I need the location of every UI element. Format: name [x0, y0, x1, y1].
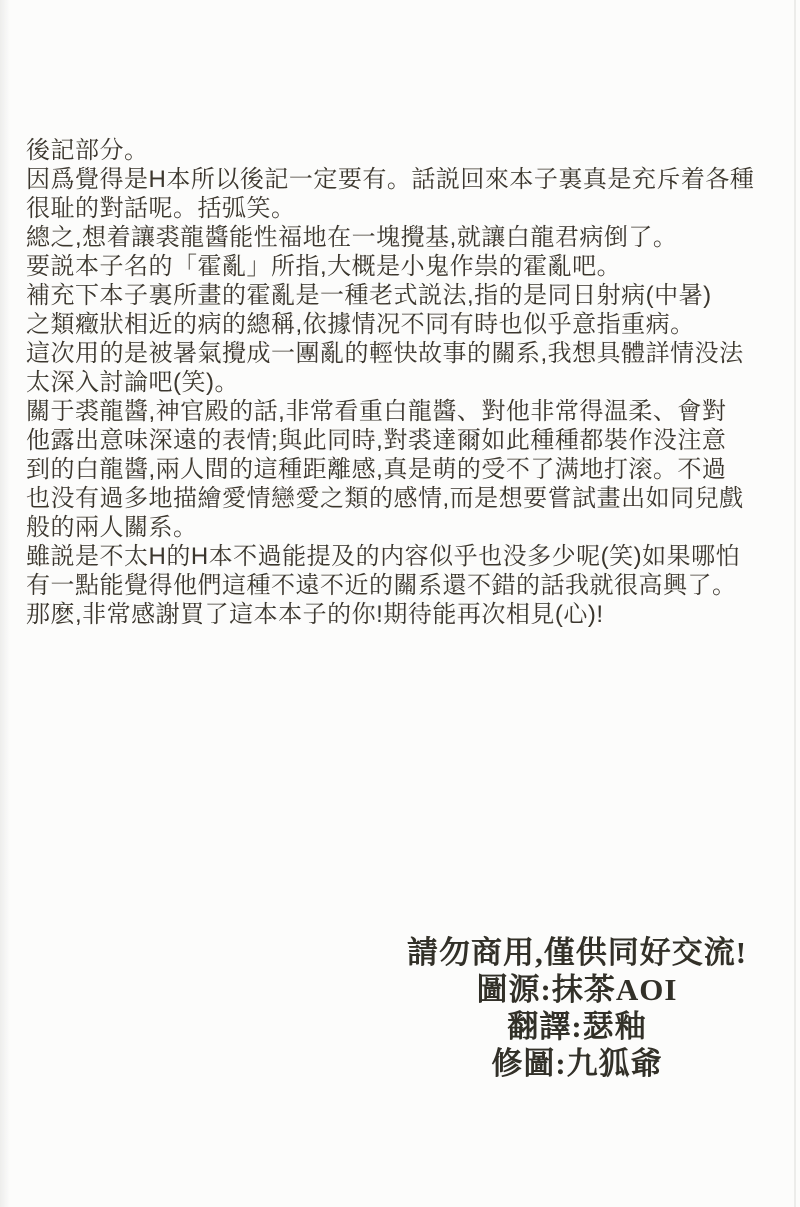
afterword-line: 太深入討論吧(笑)。 [26, 368, 786, 397]
afterword-line: 後記部分。 [26, 136, 786, 165]
afterword-line: 之類癥狀相近的病的總稱,依據情况不同有時也似乎意指重病。 [26, 310, 786, 339]
afterword-line: 也没有過多地描繪愛情戀愛之類的感情,而是想要嘗試畫出如同兒戲 [26, 484, 786, 513]
afterword-line: 很耻的對話呢。括弧笑。 [26, 194, 786, 223]
afterword-line: 那麽,非常感謝買了這本本子的你!期待能再次相見(心)! [26, 600, 786, 629]
afterword-line: 般的兩人關系。 [26, 513, 786, 542]
afterword-line: 雖説是不太H的H本不過能提及的内容似乎也没多少呢(笑)如果哪怕 [26, 542, 786, 571]
afterword-line: 他露出意味深遠的表情;與此同時,對裘達爾如此種種都裝作没注意 [26, 426, 786, 455]
afterword-line: 因爲覺得是H本所以後記一定要有。話説回來本子裏真是充斥着各種 [26, 165, 786, 194]
credits-no-commercial-use-notice: 請勿商用,僅供同好交流! [356, 934, 798, 971]
credits-block: 請勿商用,僅供同好交流! 圖源:抹茶AOI 翻譯:瑟釉 修圖:九狐爺 [356, 934, 798, 1082]
afterword-line: 要説本子名的「霍亂」所指,大概是小鬼作祟的霍亂吧。 [26, 252, 786, 281]
afterword-line: 這次用的是被暑氣攪成一團亂的輕快故事的關系,我想具體詳情没法 [26, 339, 786, 368]
afterword-line: 關于裘龍醬,神官殿的話,非常看重白龍醬、對他非常得温柔、會對 [26, 397, 786, 426]
afterword-text-block: 後記部分。 因爲覺得是H本所以後記一定要有。話説回來本子裏真是充斥着各種 很耻的… [26, 136, 786, 629]
page-left-edge-shading [0, 0, 10, 1207]
afterword-line: 到的白龍醬,兩人間的這種距離感,真是萌的受不了满地打滚。不過 [26, 455, 786, 484]
credits-translator: 翻譯:瑟釉 [356, 1008, 798, 1045]
afterword-line: 補充下本子裏所畫的霍亂是一種老式説法,指的是同日射病(中暑) [26, 281, 786, 310]
credits-image-source: 圖源:抹茶AOI [356, 971, 798, 1008]
scanned-afterword-page: 後記部分。 因爲覺得是H本所以後記一定要有。話説回來本子裏真是充斥着各種 很耻的… [0, 0, 800, 1207]
afterword-line: 有一點能覺得他們這種不遠不近的關系還不錯的話我就很高興了。 [26, 571, 786, 600]
credits-image-editor: 修圖:九狐爺 [356, 1045, 798, 1082]
afterword-line: 總之,想着讓裘龍醬能性福地在一塊攪基,就讓白龍君病倒了。 [26, 223, 786, 252]
